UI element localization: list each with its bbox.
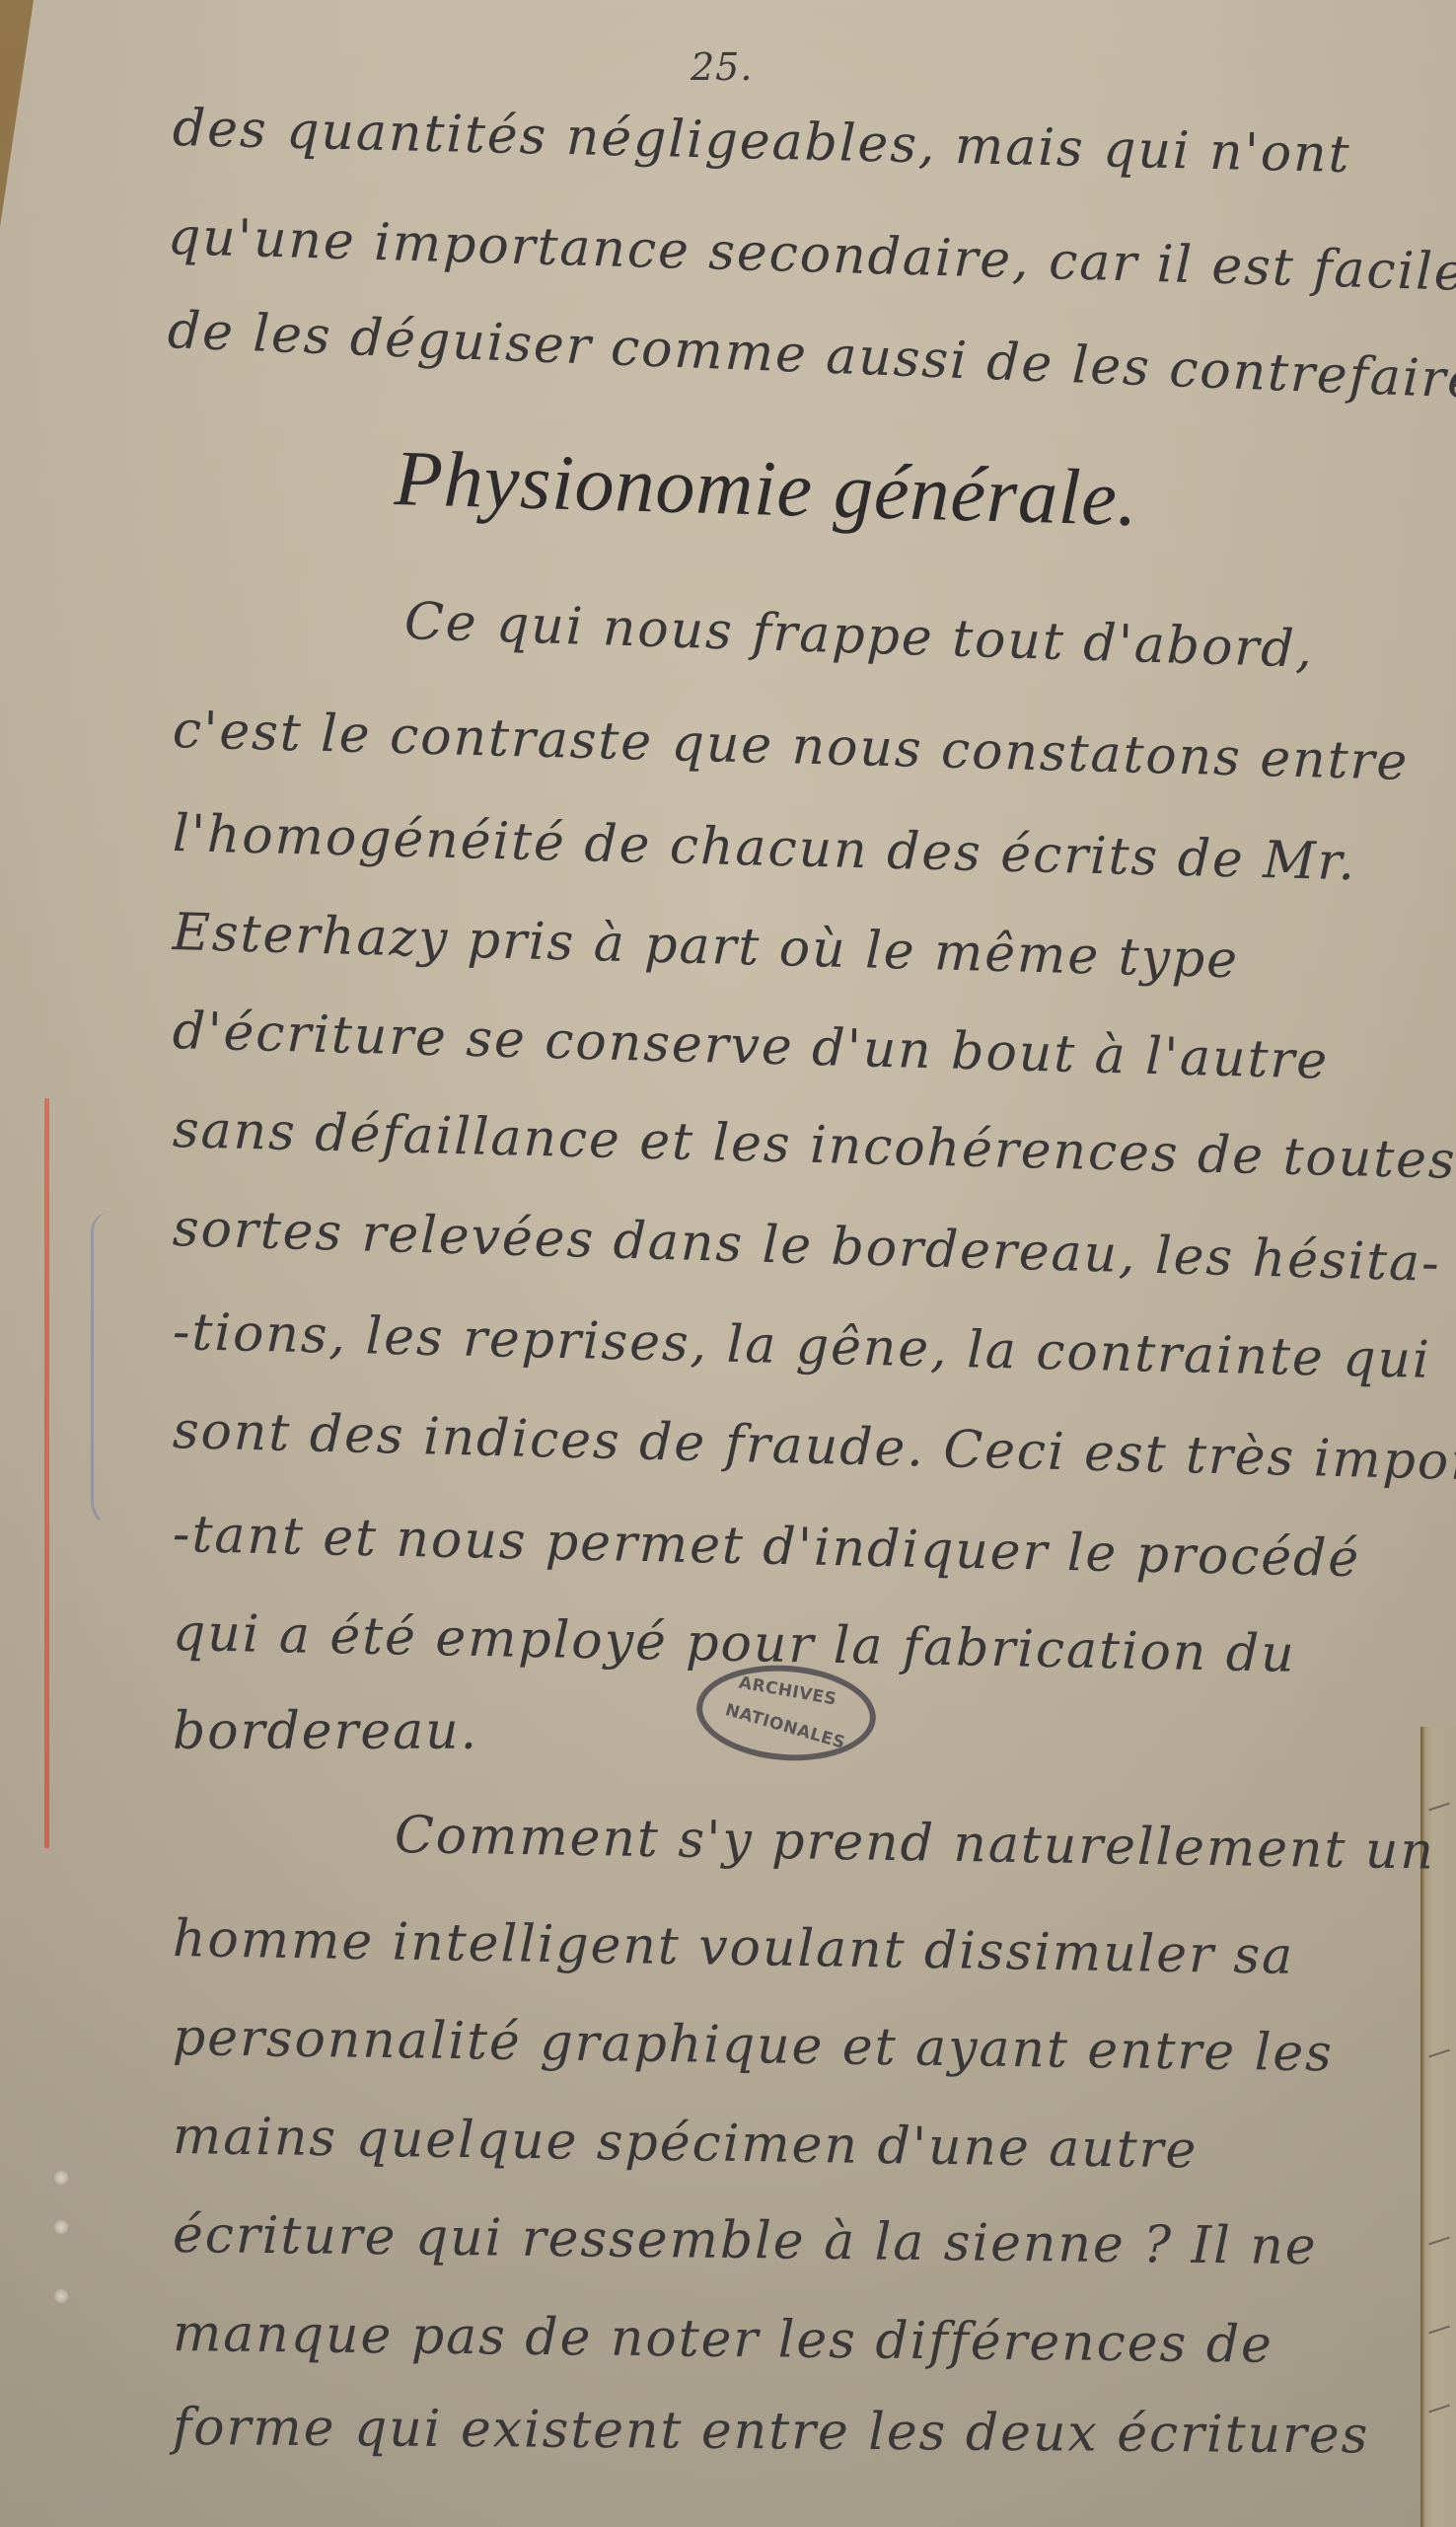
pencil-margin-bracket xyxy=(91,1212,117,1528)
ink-mark xyxy=(1428,2405,1450,2414)
text-line: sortes relevées dans le bordereau, les h… xyxy=(172,1199,1441,1294)
text-line: de les déguiser comme aussi de les contr… xyxy=(167,301,1456,412)
paper-scuff xyxy=(54,2289,68,2303)
text-line: c'est le contraste que nous constatons e… xyxy=(172,701,1410,792)
text-line: Ce qui nous frappe tout d'abord, xyxy=(403,592,1315,680)
text-line: qu'une importance secondaire, car il est… xyxy=(167,207,1456,303)
ink-mark xyxy=(1428,1803,1450,1812)
paper-scuff xyxy=(54,2220,68,2234)
section-heading: Physionomie générale. xyxy=(394,434,1139,545)
text-line: personnalité graphique et ayant entre le… xyxy=(173,2008,1335,2083)
text-line: Comment s'y prend naturellement un xyxy=(395,1806,1436,1882)
text-line: Esterhazy pris à part où le même type xyxy=(172,903,1240,990)
text-line: des quantités négligeables, mais qui n'o… xyxy=(172,99,1351,185)
text-line: manque pas de noter les différences de xyxy=(173,2304,1274,2375)
book-binding-edge xyxy=(0,0,34,227)
page-number: 25. xyxy=(691,45,753,89)
text-line: l'homogénéité de chacun des écrits de Mr… xyxy=(172,804,1357,892)
text-line: écriture qui ressemble à la sienne ? Il … xyxy=(173,2205,1318,2276)
text-line: -tant et nous permet d'indiquer le procé… xyxy=(172,1505,1360,1589)
manuscript-page: 25. des quantités négligeables, mais qui… xyxy=(0,0,1456,2527)
red-margin-line xyxy=(44,1098,49,1848)
text-line: -tions, les reprises, la gêne, la contra… xyxy=(172,1302,1431,1390)
text-line: mains quelque spécimen d'une autre xyxy=(173,2107,1199,2181)
text-line: forme qui existent entre les deux écritu… xyxy=(173,2398,1370,2465)
ink-mark xyxy=(1428,2237,1450,2246)
text-line: sont des indices de fraude. Ceci est trè… xyxy=(172,1401,1456,1493)
ink-mark xyxy=(1428,2326,1450,2335)
text-line: homme intelligent voulant dissimuler sa xyxy=(173,1909,1295,1986)
ink-mark xyxy=(1428,2049,1450,2058)
text-line: d'écriture se conserve d'un bout à l'aut… xyxy=(172,1002,1330,1091)
paper-scuff xyxy=(54,2171,68,2185)
text-line: sans défaillance et les incohérences de … xyxy=(172,1100,1456,1191)
text-line: bordereau. xyxy=(173,1702,478,1761)
